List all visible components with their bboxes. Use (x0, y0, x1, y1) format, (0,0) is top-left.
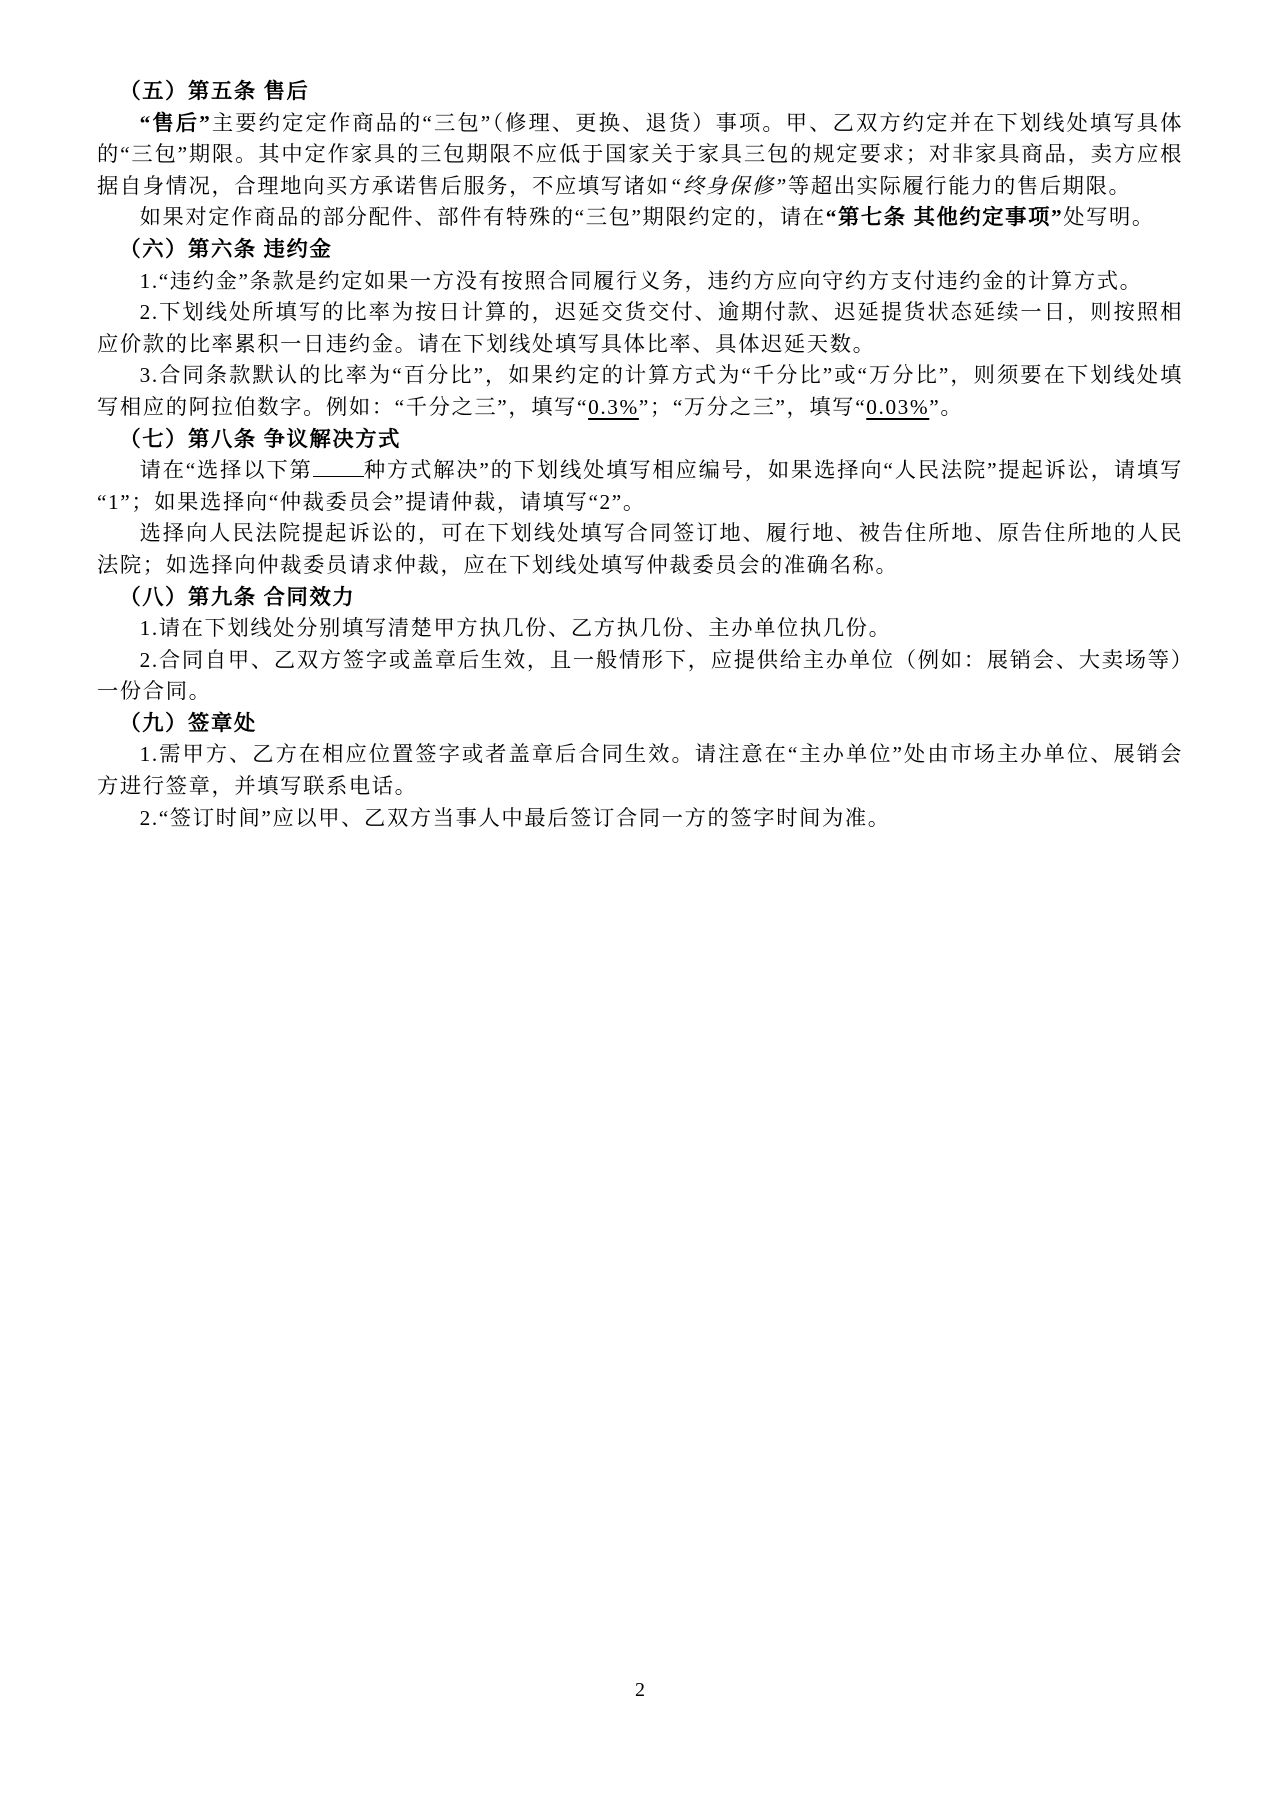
section-heading: （九）签章处 (97, 708, 1183, 740)
text-run: 1.需甲方、乙方在相应位置签字或者盖章后合同生效。请注意在“主办单位”处由市场主… (97, 742, 1183, 798)
text-run: 2.合同自甲、乙双方签字或盖章后生效，且一般情形下，应提供给主办单位（例如：展销… (97, 648, 1183, 704)
paragraph: 选择向人民法院提起诉讼的，可在下划线处填写合同签订地、履行地、被告住所地、原告住… (97, 518, 1183, 581)
bold-run: “第七条 其他约定事项” (826, 205, 1064, 229)
text-run: 1.“违约金”条款是约定如果一方没有按照合同履行义务，违约方应向守约方支付违约金… (140, 269, 1143, 293)
text-run: 处写明。 (1063, 205, 1155, 229)
section-dispute: （七）第八条 争议解决方式 请在“选择以下第种方式解决”的下划线处填写相应编号，… (97, 424, 1183, 582)
paragraph: 如果对定作商品的部分配件、部件有特殊的“三包”期限约定的，请在“第七条 其他约定… (97, 202, 1183, 234)
italic-run: “终身保修” (669, 174, 787, 198)
section-penalty: （六）第六条 违约金 1.“违约金”条款是约定如果一方没有按照合同履行义务，违约… (97, 234, 1183, 424)
underline-run: 0.3% (588, 395, 639, 419)
text-run: 如果对定作商品的部分配件、部件有特殊的“三包”期限约定的，请在 (140, 205, 826, 229)
section-aftersale: （五）第五条 售后 “售后”主要约定定作商品的“三包”（修理、更换、退货）事项。… (97, 76, 1183, 234)
text-run: 1.请在下划线处分别填写清楚甲方执几份、乙方执几份、主办单位执几份。 (140, 616, 892, 640)
paragraph: 1.“违约金”条款是约定如果一方没有按照合同履行义务，违约方应向守约方支付违约金… (97, 266, 1183, 298)
page-number: 2 (0, 1676, 1280, 1704)
text-run: 等超出实际履行能力的售后期限。 (788, 174, 1131, 198)
paragraph: 2.下划线处所填写的比率为按日计算的，迟延交货交付、逾期付款、迟延提货状态延续一… (97, 297, 1183, 360)
text-run: ”。 (929, 395, 963, 419)
text-run: ”；“万分之三”，填写“ (639, 395, 866, 419)
contract-notes-body: （五）第五条 售后 “售后”主要约定定作商品的“三包”（修理、更换、退货）事项。… (97, 76, 1183, 834)
section-signature: （九）签章处 1.需甲方、乙方在相应位置签字或者盖章后合同生效。请注意在“主办单… (97, 708, 1183, 834)
text-run: 2.下划线处所填写的比率为按日计算的，迟延交货交付、逾期付款、迟延提货状态延续一… (97, 300, 1183, 356)
section-heading: （五）第五条 售后 (97, 76, 1183, 108)
bold-run: “售后” (140, 111, 212, 135)
section-heading: （七）第八条 争议解决方式 (97, 424, 1183, 456)
text-run: 选择向人民法院提起诉讼的，可在下划线处填写合同签订地、履行地、被告住所地、原告住… (97, 521, 1183, 577)
paragraph: “售后”主要约定定作商品的“三包”（修理、更换、退货）事项。甲、乙双方约定并在下… (97, 108, 1183, 203)
section-heading: （八）第九条 合同效力 (97, 582, 1183, 614)
section-heading: （六）第六条 违约金 (97, 234, 1183, 266)
blank-underline (313, 458, 364, 477)
paragraph: 3.合同条款默认的比率为“百分比”，如果约定的计算方式为“千分比”或“万分比”，… (97, 360, 1183, 423)
text-run: 2.“签订时间”应以甲、乙双方当事人中最后签订合同一方的签字时间为准。 (140, 806, 891, 830)
document-page: （五）第五条 售后 “售后”主要约定定作商品的“三包”（修理、更换、退货）事项。… (0, 0, 1280, 1810)
underline-run: 0.03% (866, 395, 929, 419)
text-run: 请在“选择以下第 (140, 458, 313, 482)
paragraph: 1.请在下划线处分别填写清楚甲方执几份、乙方执几份、主办单位执几份。 (97, 613, 1183, 645)
paragraph: 2.“签订时间”应以甲、乙双方当事人中最后签订合同一方的签字时间为准。 (97, 803, 1183, 835)
section-effectiveness: （八）第九条 合同效力 1.请在下划线处分别填写清楚甲方执几份、乙方执几份、主办… (97, 582, 1183, 708)
paragraph: 1.需甲方、乙方在相应位置签字或者盖章后合同生效。请注意在“主办单位”处由市场主… (97, 739, 1183, 802)
paragraph: 2.合同自甲、乙双方签字或盖章后生效，且一般情形下，应提供给主办单位（例如：展销… (97, 645, 1183, 708)
paragraph: 请在“选择以下第种方式解决”的下划线处填写相应编号，如果选择向“人民法院”提起诉… (97, 455, 1183, 518)
